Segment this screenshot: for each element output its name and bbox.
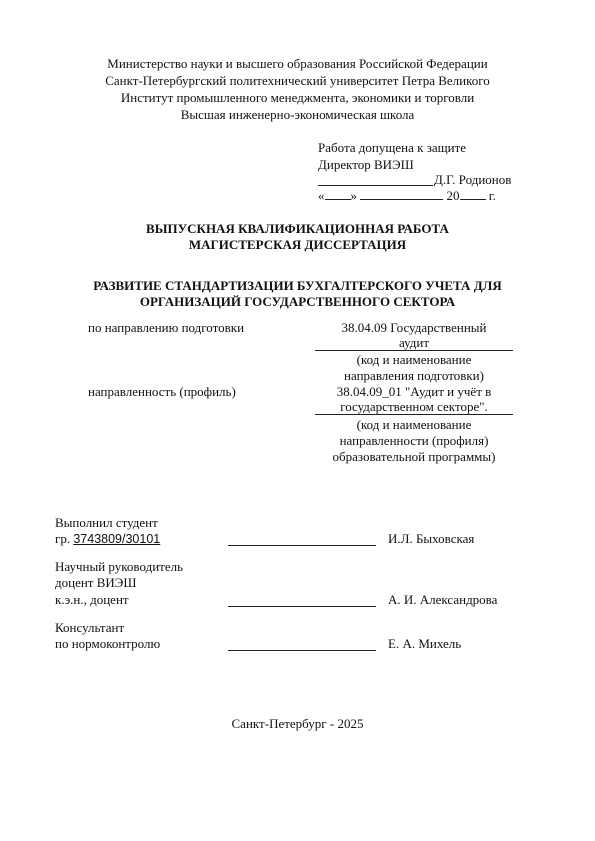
student-role: Выполнил студент — [55, 515, 158, 531]
profile-underline — [315, 414, 513, 415]
date-day-blank — [325, 188, 351, 200]
school-line: Высшая инженерно-экономическая школа — [0, 107, 595, 122]
group-number: 3743809/30101 — [73, 532, 160, 546]
student-name: И.Л. Быховская — [388, 531, 474, 547]
date-close-quote: » — [351, 188, 358, 203]
profile-label: направленность (профиль) — [88, 384, 236, 400]
group-prefix: гр. — [55, 531, 73, 546]
director-signature-line — [318, 185, 433, 186]
supervisor-role-line3: к.э.н., доцент — [55, 592, 129, 608]
profile-value-line2: государственном секторе". — [314, 399, 514, 415]
student-group: гр. 3743809/30101 — [55, 531, 160, 547]
approval-text: Работа допущена к защите — [318, 140, 466, 156]
date-suffix: г. — [489, 188, 496, 203]
date-year-blank — [460, 188, 486, 200]
direction-caption-line2: направления подготовки) — [314, 368, 514, 384]
consultant-role-line2: по нормоконтролю — [55, 636, 160, 652]
supervisor-role-line2: доцент ВИЭШ — [55, 575, 137, 591]
consultant-name: Е. А. Михель — [388, 636, 461, 652]
university-line: Санкт-Петербургский политехнический унив… — [0, 73, 595, 88]
thesis-title-line2: ОРГАНИЗАЦИЙ ГОСУДАРСТВЕННОГО СЕКТОРА — [0, 294, 595, 309]
director-name: Д.Г. Родионов — [434, 172, 511, 188]
thesis-title-line1: РАЗВИТИЕ СТАНДАРТИЗАЦИИ БУХГАЛТЕРСКОГО У… — [0, 278, 595, 293]
direction-label: по направлению подготовки — [88, 320, 244, 336]
profile-caption-line3: образовательной программы) — [314, 449, 514, 465]
direction-value-line1: 38.04.09 Государственный — [314, 320, 514, 336]
date-year-prefix: 20 — [447, 188, 460, 203]
direction-value-line2: аудит — [314, 335, 514, 351]
director-title: Директор ВИЭШ — [318, 157, 414, 173]
profile-caption-line1: (код и наименование — [314, 417, 514, 433]
supervisor-role-line1: Научный руководитель — [55, 559, 183, 575]
profile-value-line1: 38.04.09_01 "Аудит и учёт в — [314, 384, 514, 400]
date-month-blank — [360, 188, 443, 200]
direction-underline — [315, 350, 513, 351]
profile-caption-line2: направленности (профиля) — [314, 433, 514, 449]
institute-line: Институт промышленного менеджмента, экон… — [0, 90, 595, 105]
ministry-line: Министерство науки и высшего образования… — [0, 56, 595, 71]
direction-caption-line1: (код и наименование — [314, 352, 514, 368]
supervisor-name: А. И. Александрова — [388, 592, 497, 608]
approval-date: «» 20 г. — [318, 188, 496, 204]
consultant-role-line1: Консультант — [55, 620, 124, 636]
work-type-line1: ВЫПУСКНАЯ КВАЛИФИКАЦИОННАЯ РАБОТА — [0, 221, 595, 236]
student-signature-line — [228, 545, 376, 546]
supervisor-signature-line — [228, 606, 376, 607]
city-year: Санкт-Петербург - 2025 — [0, 716, 595, 731]
work-type-line2: МАГИСТЕРСКАЯ ДИССЕРТАЦИЯ — [0, 237, 595, 252]
consultant-signature-line — [228, 650, 376, 651]
